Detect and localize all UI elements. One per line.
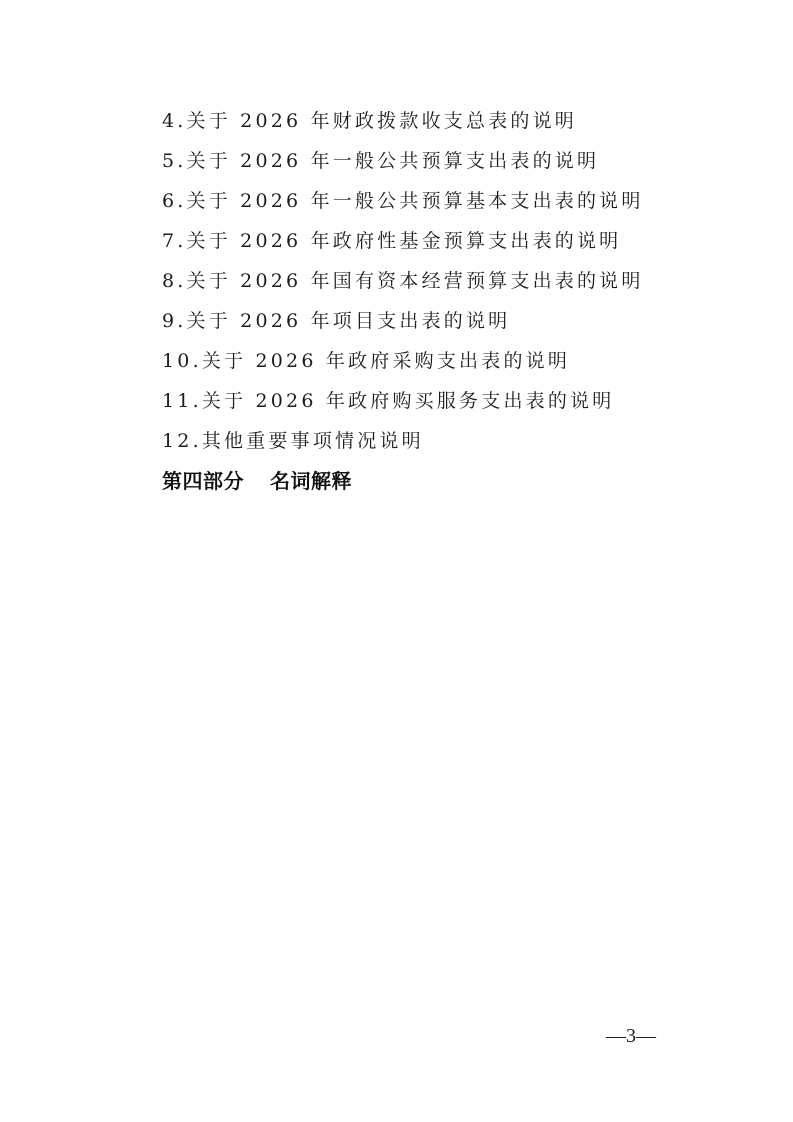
toc-item-text: 关于 2026 年一般公共预算基本支出表的说明 bbox=[187, 190, 644, 212]
toc-item-number: 8. bbox=[162, 270, 187, 292]
toc-item-8: 8.关于 2026 年国有资本经营预算支出表的说明 bbox=[162, 266, 644, 306]
section-title: 名词解释 bbox=[270, 469, 352, 493]
toc-item-text: 关于 2026 年政府性基金预算支出表的说明 bbox=[187, 230, 622, 252]
toc-item-number: 9. bbox=[162, 310, 187, 332]
toc-item-number: 10. bbox=[162, 350, 202, 372]
toc-item-5: 5.关于 2026 年一般公共预算支出表的说明 bbox=[162, 146, 644, 186]
toc-item-4: 4.关于 2026 年财政拨款收支总表的说明 bbox=[162, 106, 644, 146]
toc-item-11: 11.关于 2026 年政府购买服务支出表的说明 bbox=[162, 386, 644, 426]
toc-item-7: 7.关于 2026 年政府性基金预算支出表的说明 bbox=[162, 226, 644, 266]
toc-item-9: 9.关于 2026 年项目支出表的说明 bbox=[162, 306, 644, 346]
toc-item-6: 6.关于 2026 年一般公共预算基本支出表的说明 bbox=[162, 186, 644, 226]
page-number: —3— bbox=[606, 1025, 656, 1048]
toc-item-text: 关于 2026 年项目支出表的说明 bbox=[187, 310, 511, 332]
toc-item-text: 关于 2026 年一般公共预算支出表的说明 bbox=[187, 150, 600, 172]
section-heading: 第四部分名词解释 bbox=[162, 465, 352, 494]
toc-item-text: 关于 2026 年政府采购支出表的说明 bbox=[202, 350, 570, 372]
toc-item-text: 关于 2026 年财政拨款收支总表的说明 bbox=[187, 110, 577, 132]
toc-item-text: 关于 2026 年国有资本经营预算支出表的说明 bbox=[187, 270, 644, 292]
toc-item-12: 12.其他重要事项情况说明 bbox=[162, 426, 644, 466]
toc-item-10: 10.关于 2026 年政府采购支出表的说明 bbox=[162, 346, 644, 386]
toc-item-number: 6. bbox=[162, 190, 187, 212]
toc-item-text: 关于 2026 年政府购买服务支出表的说明 bbox=[202, 390, 615, 412]
toc-item-number: 5. bbox=[162, 150, 187, 172]
document-page: 4.关于 2026 年财政拨款收支总表的说明 5.关于 2026 年一般公共预算… bbox=[0, 0, 793, 1122]
table-of-contents: 4.关于 2026 年财政拨款收支总表的说明 5.关于 2026 年一般公共预算… bbox=[162, 106, 644, 466]
toc-item-number: 7. bbox=[162, 230, 187, 252]
toc-item-number: 12. bbox=[162, 430, 202, 452]
toc-item-number: 4. bbox=[162, 110, 187, 132]
section-part-label: 第四部分 bbox=[162, 469, 244, 493]
toc-item-number: 11. bbox=[162, 390, 202, 412]
toc-item-text: 其他重要事项情况说明 bbox=[202, 430, 424, 452]
